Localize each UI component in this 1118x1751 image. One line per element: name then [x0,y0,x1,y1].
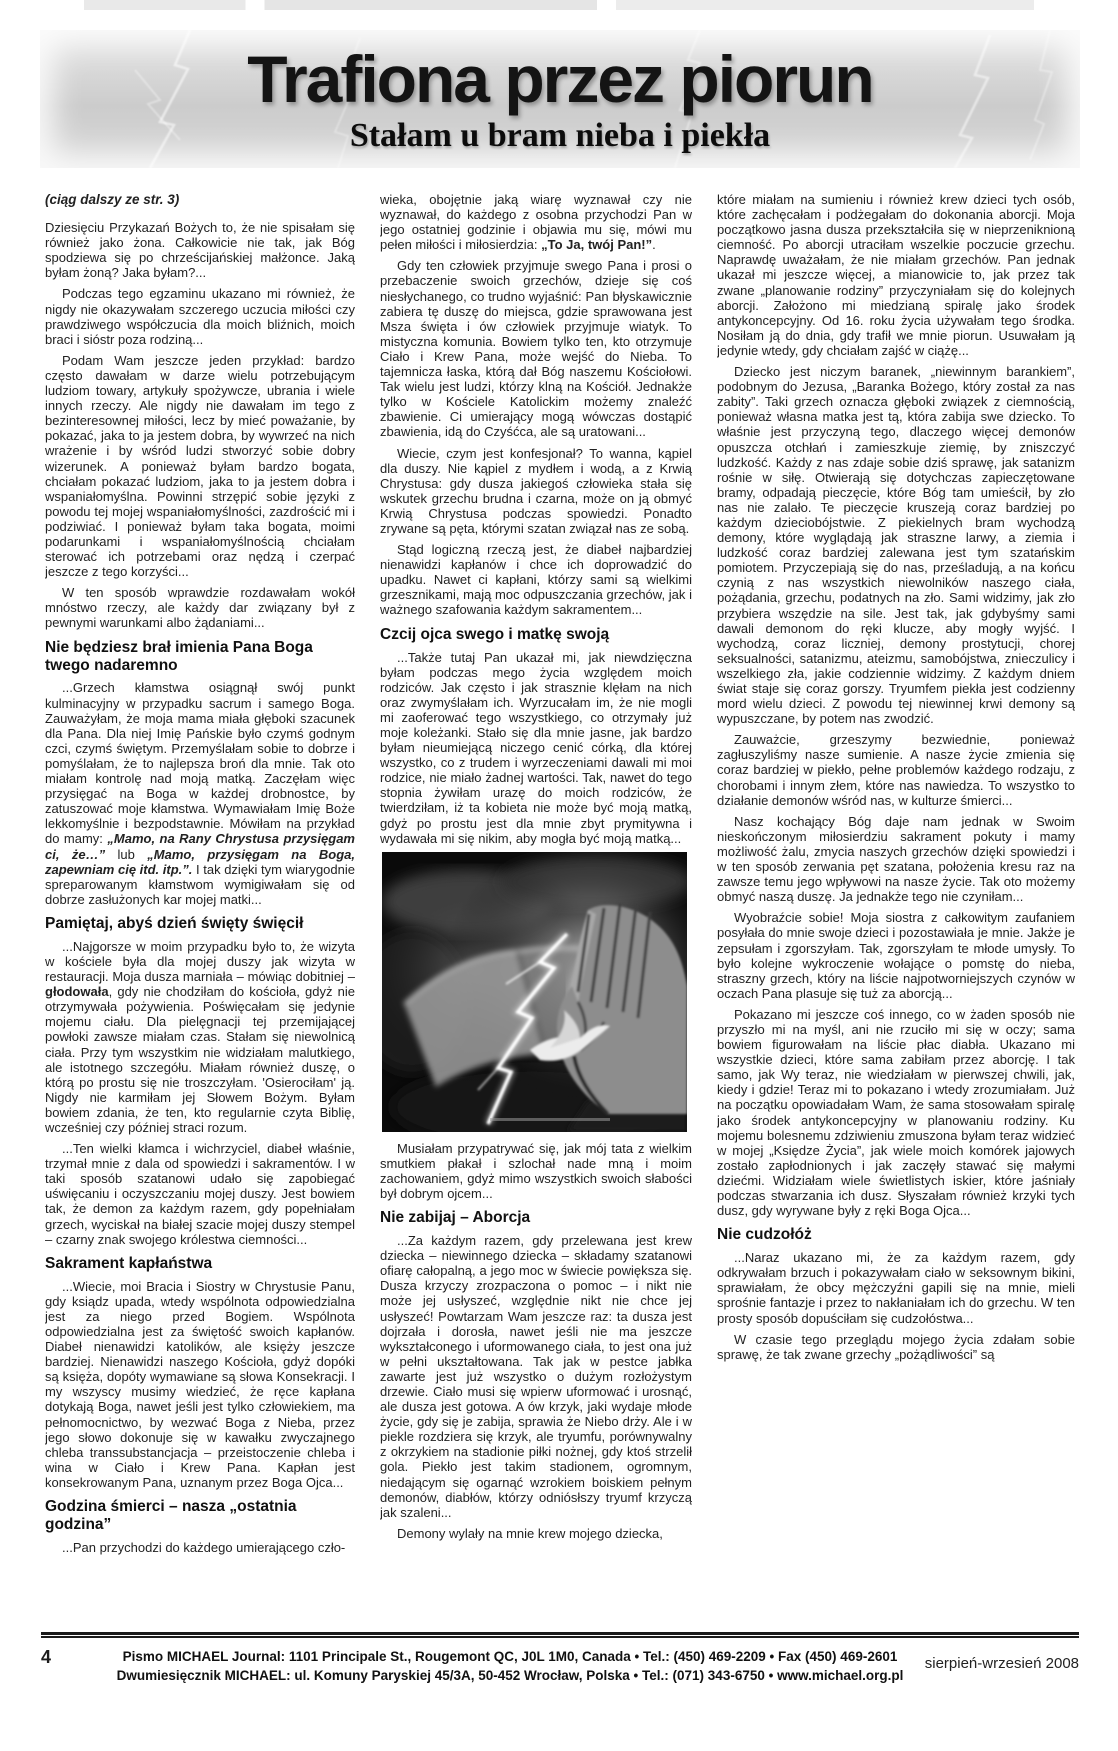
body-paragraph: ...Pan przychodzi do każdego umierająceg… [45,1540,355,1555]
body-paragraph: Dziecko jest niczym baranek, „niewinnym … [717,364,1075,726]
section-heading: Nie będziesz brał imienia Pana Boga tweg… [45,639,355,675]
body-paragraph: Dziesięciu Przykazań Bożych to, że nie s… [45,220,355,280]
newspaper-page: Trafiona przez piorun Stałam u bram nieb… [0,0,1118,1751]
body-paragraph: ...Grzech kłamstwa osiągnął swój punkt k… [45,680,355,906]
body-paragraph: wieka, obojętnie jaką wiarę wyznawał czy… [380,192,692,252]
praying-hands-photo [382,852,687,1132]
article-column-3: które miałam na sumieniu i również krew … [717,192,1075,1628]
section-heading: Sakrament kapłaństwa [45,1255,355,1273]
article-body: (ciąg dalszy ze str. 3)Dziesięciu Przyka… [45,192,1075,1628]
body-paragraph: Pokazano mi jeszcze coś innego, co w żad… [717,1007,1075,1218]
body-paragraph: ...Wiecie, moi Bracia i Siostry w Chryst… [45,1279,355,1490]
continuation-note: (ciąg dalszy ze str. 3) [45,192,355,207]
body-paragraph: Wiecie, czym jest konfesjonał? To wanna,… [380,446,692,537]
article-banner: Trafiona przez piorun Stałam u bram nieb… [40,30,1080,168]
body-paragraph: ...Za każdym razem, gdy przelewana jest … [380,1233,692,1520]
imprint-line-1: Pismo MICHAEL Journal: 1101 Principale S… [111,1647,909,1666]
body-paragraph: ...Najgorsze w moim przypadku było to, ż… [45,939,355,1135]
section-heading: Godzina śmierci – nasza „ostatnia godzin… [45,1498,355,1534]
publisher-imprint: Pismo MICHAEL Journal: 1101 Principale S… [111,1647,909,1685]
body-paragraph: Podczas tego egzaminu ukazano mi również… [45,286,355,346]
body-paragraph: które miałam na sumieniu i również krew … [717,192,1075,358]
body-paragraph: Gdy ten człowiek przyjmuje swego Pana i … [380,258,692,439]
article-subtitle: Stałam u bram nieba i piekła [40,117,1080,155]
article-title: Trafiona przez piorun [40,30,1080,112]
body-paragraph: W ten sposób wprawdzie rozdawałam wokół … [45,585,355,630]
body-paragraph: ...Ten wielki kłamca i wichrzyciel, diab… [45,1141,355,1247]
body-paragraph: W czasie tego przeglądu mojego życia zda… [717,1332,1075,1362]
body-paragraph: Podam Wam jeszcze jeden przykład: bardzo… [45,353,355,579]
body-paragraph: Stąd logiczną rzeczą jest, że diabeł naj… [380,542,692,617]
article-column-1: (ciąg dalszy ze str. 3)Dziesięciu Przyka… [45,192,355,1628]
article-column-2: wieka, obojętnie jaką wiarę wyznawał czy… [380,192,692,1628]
body-paragraph: Demony wylały na mnie krew mojego dzieck… [380,1526,692,1541]
body-paragraph: Zauważcie, grzeszymy bezwiednie, poniewa… [717,732,1075,807]
section-heading: Nie cudzołóż [717,1226,1075,1244]
page-footer: 4 Pismo MICHAEL Journal: 1101 Principale… [41,1632,1079,1685]
section-heading: Nie zabijaj – Aborcja [380,1209,692,1227]
section-heading: Czcij ojca swego i matkę swoją [380,626,692,644]
page-number: 4 [41,1647,111,1668]
body-paragraph: Nasz kochający Bóg daje nam jednak w Swo… [717,814,1075,905]
body-paragraph: ...Naraz ukazano mi, że za każdym razem,… [717,1250,1075,1325]
body-paragraph: Musiałam przypatrywać się, jak mój tata … [380,1141,692,1201]
praying-hands-illustration [382,852,687,1132]
body-paragraph: ...Także tutaj Pan ukazał mi, jak niewdz… [380,650,692,846]
issue-date: sierpień-wrzesień 2008 [909,1647,1079,1672]
imprint-line-2: Dwumiesięcznik MICHAEL: ul. Komuny Parys… [111,1666,909,1685]
section-heading: Pamiętaj, abyś dzień święty święcił [45,915,355,933]
scan-artifact-strip [84,0,1034,10]
footer-double-rule [41,1632,1079,1638]
figure-credit-line [490,1118,610,1121]
body-paragraph: Wyobraźcie sobie! Moja siostra z całkowi… [717,910,1075,1001]
